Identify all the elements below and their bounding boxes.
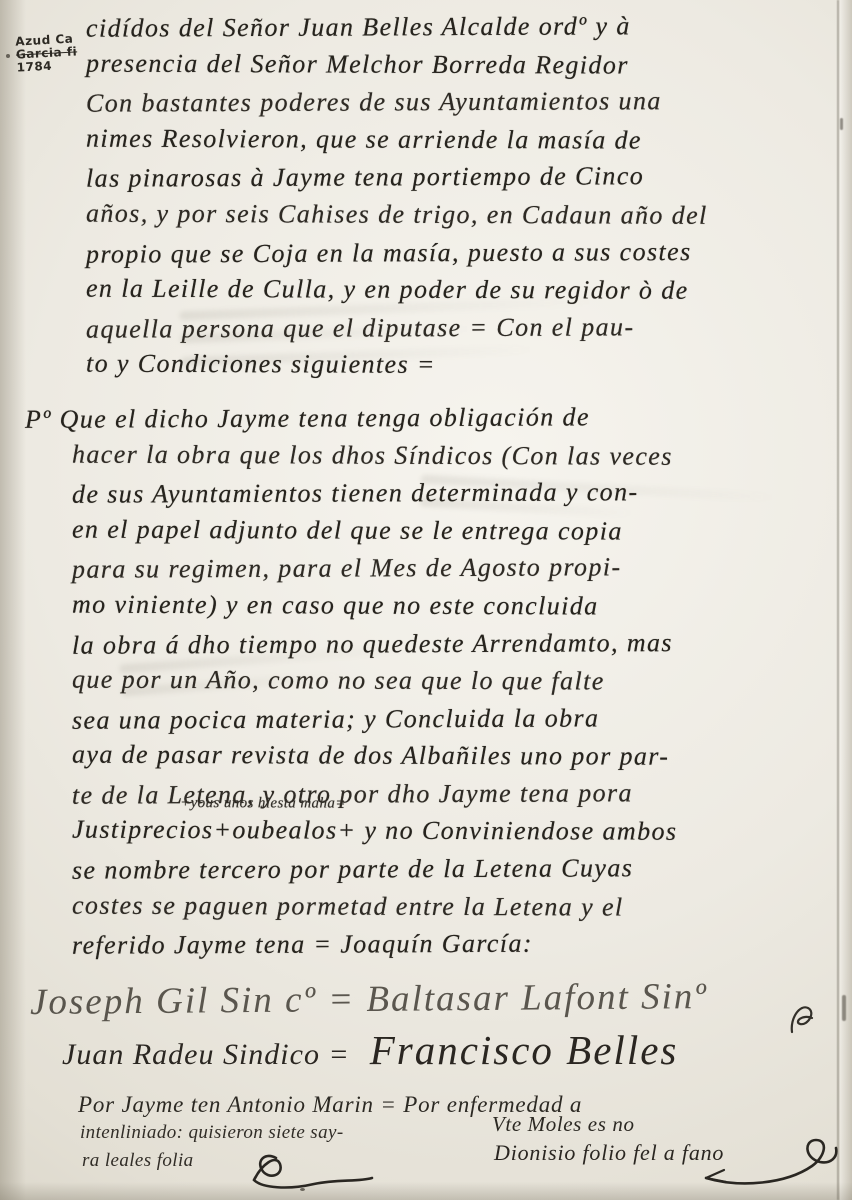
manuscript-line: de sus Ayuntamientos tienen determinada … [72, 472, 852, 513]
manuscript-line: sea una pocica materia; y Concluida la o… [72, 698, 852, 739]
manuscript-line: presencia del Señor Melchor Borreda Regi… [86, 44, 852, 84]
manuscript-line: aquella persona que el diputase = Con el… [86, 307, 852, 348]
manuscript-line: Justiprecios+oubealos+ y no Conviniendos… [72, 815, 678, 846]
manuscript-line: años, y por seis Cahises de trigo, en Ca… [86, 195, 852, 235]
manuscript-line-with-interline: +yous unos hiesta maha= Justiprecios+oub… [72, 811, 852, 851]
signature-line-gil-lafont: Joseph Gil Sin cº = Baltasar Lafont Sinº [30, 975, 708, 1024]
signature-line-radeu-belles: Juan Radeu Sindico = Francisco Belles [62, 1026, 678, 1074]
rubric-mark-icon [786, 1000, 820, 1040]
manuscript-line: Pº Que el dicho Jayme tena tenga obligac… [25, 397, 852, 438]
manuscript-page: Azud Ca Garcia fi 1784 cidídos del Señor… [0, 0, 852, 1200]
manuscript-line: hacer la obra que los dhos Síndicos (Con… [72, 435, 852, 475]
manuscript-line: se nombre tercero por parte de la Letena… [72, 848, 852, 889]
manuscript-line: propio que se Coja en la masía, puesto a… [86, 232, 852, 273]
closing-note-line: intenliniado: quisieron siete say- [80, 1122, 344, 1144]
manuscript-line: que por un Año, como no sea que lo que f… [72, 661, 852, 701]
manuscript-line: las pinarosas à Jayme tena portiempo de … [86, 157, 852, 198]
manuscript-line: mo viniente) y en caso que no este concl… [72, 586, 852, 626]
manuscript-line: costes se paguen pormetad entre la Leten… [72, 886, 852, 926]
manuscript-line: en el papel adjunto del que se le entreg… [72, 510, 852, 550]
manuscript-line: referido Jayme tena = Joaquín García: [72, 924, 852, 965]
manuscript-line: la obra á dho tiempo no quedeste Arrenda… [72, 623, 852, 664]
interline-insertion: +yous unos hiesta maha= [180, 796, 346, 812]
manuscript-line: nimes Resolvieron, que se arriende la ma… [86, 119, 852, 159]
manuscript-line: Con bastantes poderes de sus Ayuntamient… [86, 82, 852, 123]
signature-dionisio: Dionisio folio fel a fano [494, 1140, 724, 1166]
rubric-flourish-icon [248, 1150, 378, 1198]
manuscript-line: cidídos del Señor Juan Belles Alcalde or… [86, 6, 852, 47]
manuscript-body: cidídos del Señor Juan Belles Alcalde or… [0, 8, 852, 963]
manuscript-line: en la Leille de Culla, y en poder de su … [86, 270, 852, 310]
edge-ink-streak [842, 995, 846, 1021]
closing-note-line: ra leales folia [82, 1150, 194, 1172]
manuscript-line: para su regimen, para el Mes de Agosto p… [72, 548, 852, 589]
manuscript-line: aya de pasar revista de dos Albañiles un… [72, 736, 852, 776]
rubric-arrow-flourish-icon [700, 1130, 846, 1192]
signature-belles: Francisco Belles [370, 1027, 679, 1073]
closing-note-line: Vte Moles es no [492, 1112, 635, 1137]
signature-radeu: Juan Radeu Sindico = [62, 1038, 350, 1071]
manuscript-line: to y Condiciones siguientes = [86, 345, 852, 385]
